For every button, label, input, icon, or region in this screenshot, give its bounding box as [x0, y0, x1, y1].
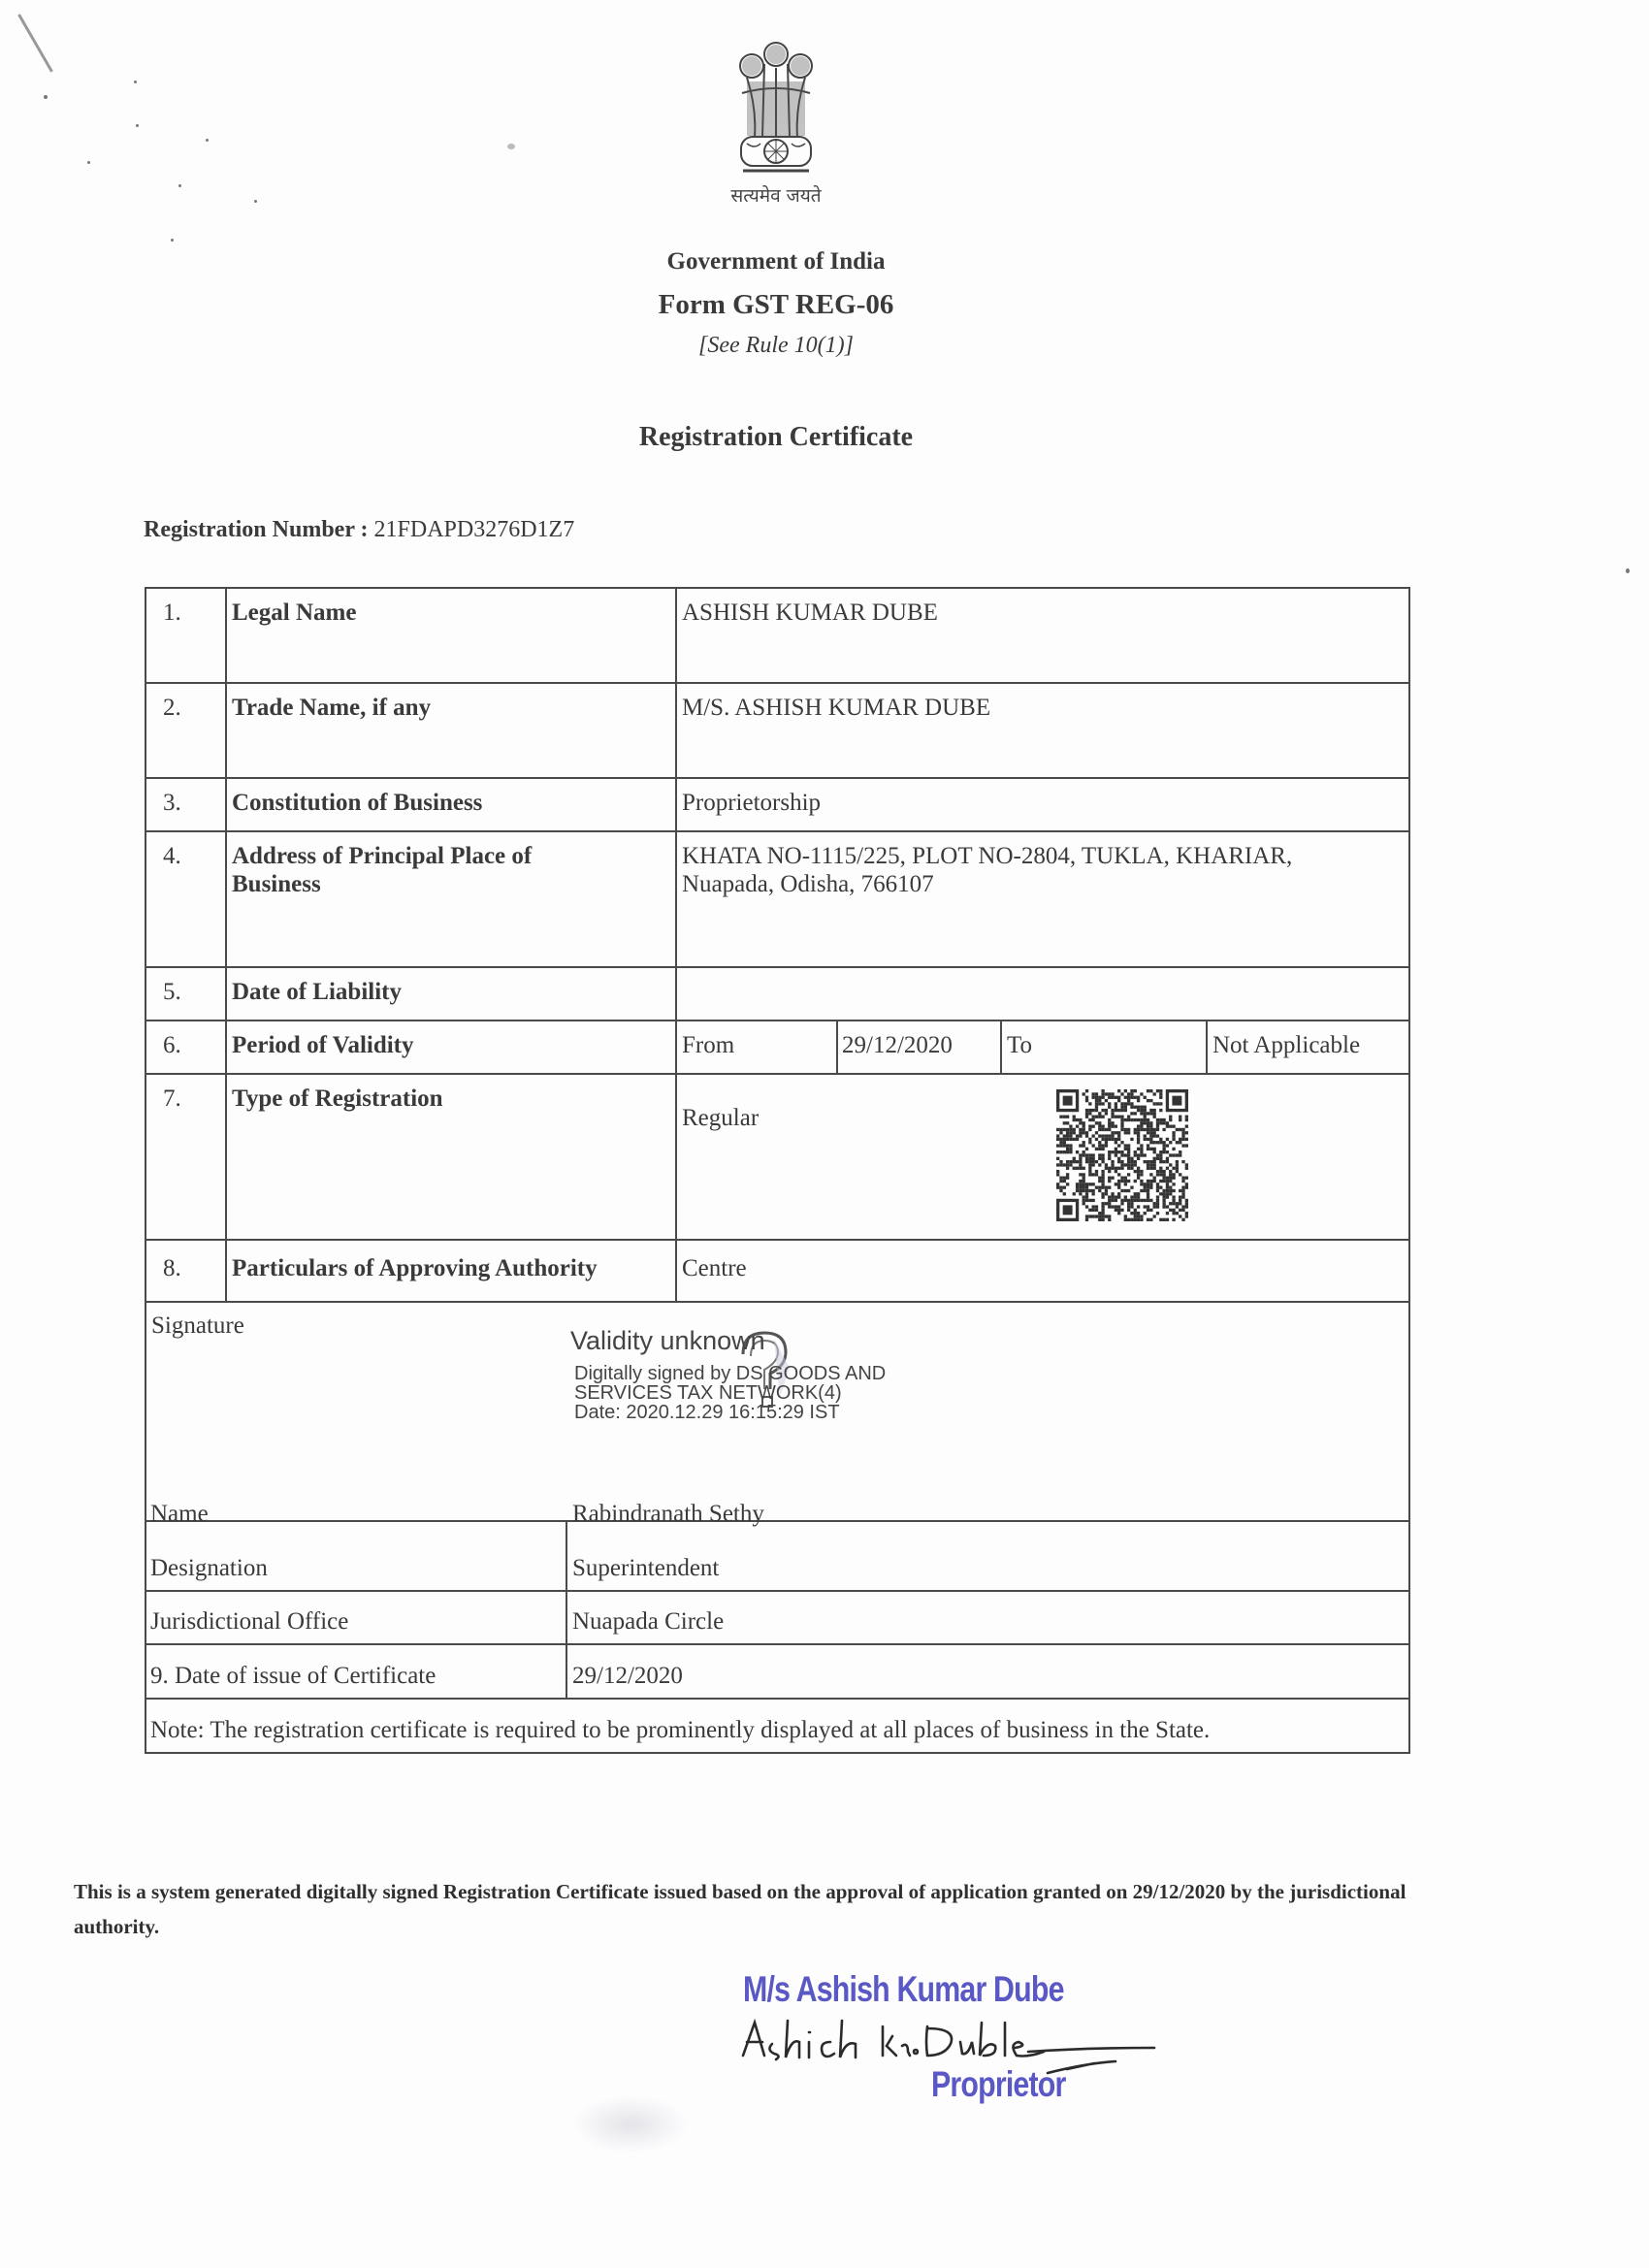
signature-validity: Validity unknown [570, 1326, 765, 1356]
display-note: Note: The registration certificate is re… [150, 1716, 1210, 1744]
row-label: Address of Principal Place of [232, 842, 532, 870]
signature-label: Signature [151, 1312, 244, 1340]
row-label: Period of Validity [232, 1031, 414, 1059]
row-label: Particulars of Approving Authority [232, 1254, 598, 1282]
constitution-value: Proprietorship [682, 789, 821, 817]
row-label: Type of Registration [232, 1085, 443, 1113]
row-number: 4. [163, 842, 181, 870]
registration-type-value: Regular [682, 1104, 759, 1132]
row-number: 3. [163, 789, 181, 817]
officer-name-value: Rabindranath Sethy [572, 1500, 764, 1528]
jurisdiction-value: Nuapada Circle [572, 1607, 724, 1636]
system-generated-footer: This is a system generated digitally sig… [74, 1874, 1490, 1944]
validity-from-value: 29/12/2020 [842, 1031, 953, 1059]
row-label: Date of Liability [232, 978, 402, 1006]
signature-signer: SERVICES TAX NETWORK(4) [574, 1383, 842, 1403]
officer-label: 9. Date of issue of Certificate [150, 1662, 436, 1690]
legal-name-value: ASHISH KUMAR DUBE [682, 599, 938, 627]
stamp-name: M/s Ashish Kumar Dube [743, 1969, 1064, 2010]
row-number: 6. [163, 1031, 181, 1059]
emblem-motto: सत्यमेव जयते [679, 182, 873, 208]
row-label: Business [232, 870, 321, 898]
validity-to-value: Not Applicable [1212, 1031, 1360, 1059]
address-value: KHATA NO-1115/225, PLOT NO-2804, TUKLA, … [682, 842, 1292, 870]
row-label: Constitution of Business [232, 789, 482, 817]
approving-authority-value: Centre [682, 1254, 747, 1282]
registration-number: Registration Number : 21FDAPD3276D1Z7 [144, 517, 574, 543]
page-title: Registration Certificate [0, 422, 1552, 453]
qr-code-icon [1055, 1089, 1189, 1221]
registration-number-label: Registration Number : [144, 517, 369, 542]
row-number: 5. [163, 978, 181, 1006]
validity-from-label: From [682, 1031, 734, 1059]
signature-signer: Digitally signed by DS GOODS AND [574, 1364, 886, 1383]
designation-value: Superintendent [572, 1554, 719, 1582]
address-value: Nuapada, Odisha, 766107 [682, 870, 934, 898]
officer-label: Jurisdictional Office [150, 1607, 348, 1636]
trade-name-value: M/S. ASHISH KUMAR DUBE [682, 694, 990, 722]
row-label: Legal Name [232, 599, 356, 627]
row-label: Trade Name, if any [232, 694, 431, 722]
national-emblem-icon [727, 35, 824, 180]
row-number: 2. [163, 694, 181, 722]
row-number: 1. [163, 599, 181, 627]
issue-date-value: 29/12/2020 [572, 1662, 683, 1690]
government-heading: Government of India [0, 248, 1552, 275]
stamp-role: Proprietor [931, 2064, 1065, 2105]
rule-reference: [See Rule 10(1)] [0, 333, 1552, 359]
validity-to-label: To [1007, 1031, 1032, 1059]
registration-number-value: 21FDAPD3276D1Z7 [374, 517, 575, 542]
officer-label: Name [150, 1500, 209, 1528]
scan-smudge [572, 2095, 689, 2154]
officer-label: Designation [150, 1554, 268, 1582]
signature-date: Date: 2020.12.29 16:15:29 IST [574, 1403, 840, 1422]
form-number: Form GST REG-06 [0, 289, 1552, 321]
row-number: 8. [163, 1254, 181, 1282]
row-number: 7. [163, 1085, 181, 1113]
